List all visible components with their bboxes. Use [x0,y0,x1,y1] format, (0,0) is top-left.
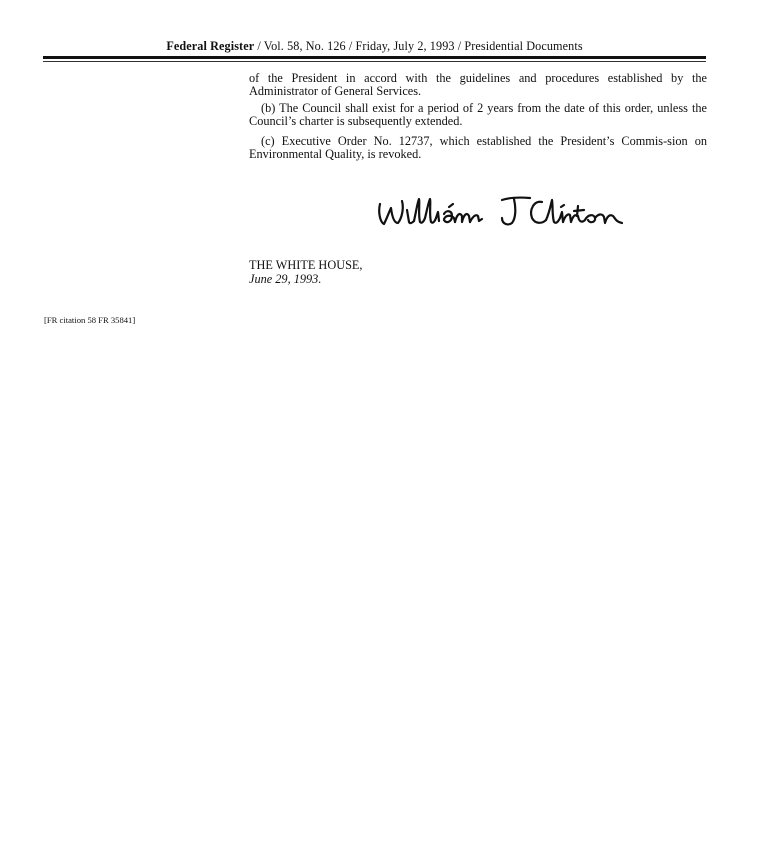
publication-name: Federal Register [166,39,254,53]
issue-date: Friday, July 2, 1993 [356,39,455,53]
closing-block: THE WHITE HOUSE, June 29, 1993. [249,258,363,286]
header-separator: / [254,39,264,53]
paragraph-b: (b) The Council shall exist for a period… [249,102,707,128]
header-separator: / [455,39,465,53]
volume-number: Vol. 58, No. 126 [264,39,346,53]
header-separator: / [346,39,356,53]
paragraph-c: (c) Executive Order No. 12737, which est… [249,135,707,161]
body-text: of the President in accord with the guid… [249,72,707,161]
running-head: Federal Register / Vol. 58, No. 126 / Fr… [43,39,706,53]
paragraph-continuation: of the President in accord with the guid… [249,72,707,98]
closing-place: THE WHITE HOUSE, [249,258,363,272]
section-name: Presidential Documents [464,39,582,53]
closing-date: June 29, 1993. [249,272,363,286]
signature-icon [374,188,654,232]
fr-citation: [FR citation 58 FR 35841] [44,315,135,325]
header-rule-thin [43,61,706,62]
header-rule-thick [43,56,706,59]
